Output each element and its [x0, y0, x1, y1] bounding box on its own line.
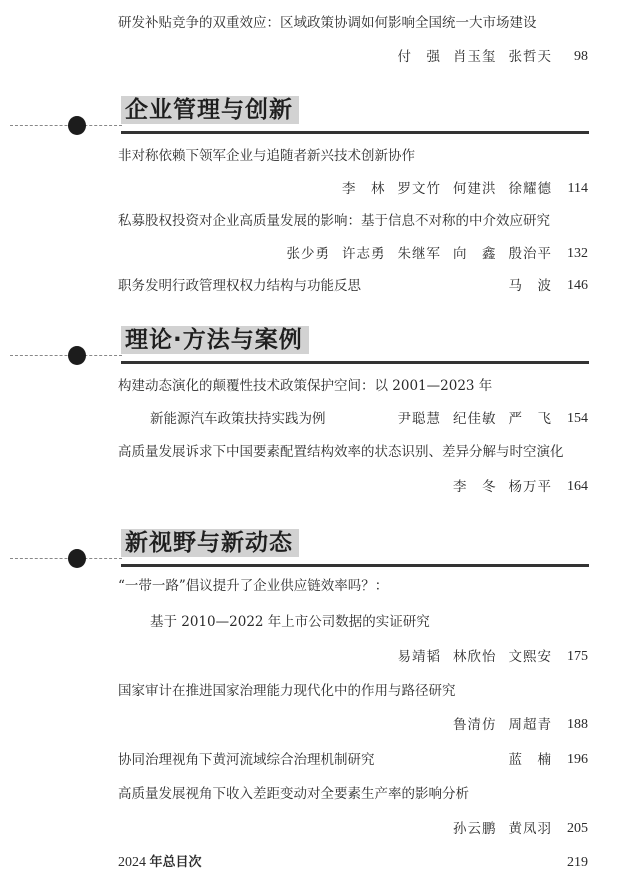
section-header-enterprise-management: 企业管理与创新	[0, 96, 642, 144]
bullet-dot-icon	[68, 346, 86, 365]
page-number: 98	[552, 46, 588, 68]
toc-entry-title: 研发补贴竞争的双重效应：区域政策协调如何影响全国统一大市场建设	[0, 12, 642, 34]
annual-index-label: 2024 年总目次	[118, 852, 202, 874]
entry-authors: 李 林罗文竹何建洪徐耀德	[342, 178, 552, 200]
section-title: 理论·方法与案例	[121, 326, 309, 354]
section-rule	[121, 361, 589, 364]
toc-entry-leader[interactable]: 易靖韬林欣怡文熙安 175	[0, 646, 642, 668]
toc-entry-title: 国家审计在推进国家治理能力现代化中的作用与路径研究	[0, 680, 642, 702]
toc-entry-title: 高质量发展诉求下中国要素配置结构效率的状态识别、差异分解与时空演化	[0, 441, 642, 463]
entry-title: 构建动态演化的颠覆性技术政策保护空间：以 2001—2023 年	[118, 375, 492, 397]
toc-entry-leader[interactable]: 李 冬杨万平 164	[0, 476, 642, 498]
page-number: 188	[552, 714, 588, 736]
entry-authors: 蓝 楠	[509, 749, 553, 771]
entry-title: 高质量发展诉求下中国要素配置结构效率的状态识别、差异分解与时空演化	[118, 441, 564, 463]
entry-authors: 李 冬杨万平	[453, 476, 552, 498]
entry-title: 国家审计在推进国家治理能力现代化中的作用与路径研究	[118, 680, 456, 702]
dot-leader	[153, 818, 450, 840]
toc-entry-leader[interactable]: 李 林罗文竹何建洪徐耀德 114	[0, 178, 642, 200]
toc-entry-leader[interactable]: 付 强肖玉玺张哲天 98	[0, 46, 642, 68]
dot-leader	[329, 408, 395, 430]
toc-entry-title: “一带一路”倡议提升了企业供应链效率吗？：	[0, 575, 642, 597]
toc-entry-title: 构建动态演化的颠覆性技术政策保护空间：以 2001—2023 年	[0, 375, 642, 397]
toc-entry-leader[interactable]: 新能源汽车政策扶持实践为例 尹聪慧纪佳敏严 飞 154	[0, 408, 642, 430]
dot-leader	[153, 714, 450, 736]
toc-entry-leader[interactable]: 孙云鹏黄凤羽 205	[0, 818, 642, 840]
toc-entry[interactable]: 协同治理视角下黄河流域综合治理机制研究 蓝 楠 196	[0, 749, 642, 771]
entry-title: 私募股权投资对企业高质量发展的影响：基于信息不对称的中介效应研究	[118, 210, 550, 232]
page-number: 164	[552, 476, 588, 498]
page-number: 132	[552, 243, 588, 265]
section-header-theory-methods-cases: 理论·方法与案例	[0, 326, 642, 374]
entry-authors: 尹聪慧纪佳敏严 飞	[398, 408, 553, 430]
page-number: 219	[552, 852, 588, 874]
bullet-dot-icon	[68, 116, 86, 135]
page-number: 205	[552, 818, 588, 840]
entry-authors: 鲁清仿周超青	[453, 714, 552, 736]
entry-subtitle: 基于 2010—2022 年上市公司数据的实证研究	[150, 611, 430, 633]
toc-entry-title: 私募股权投资对企业高质量发展的影响：基于信息不对称的中介效应研究	[0, 210, 642, 232]
toc-annual-index[interactable]: 2024 年总目次 219	[0, 852, 642, 874]
bullet-dot-icon	[68, 549, 86, 568]
toc-entry-leader[interactable]: 鲁清仿周超青 188	[0, 714, 642, 736]
entry-title: 高质量发展视角下收入差距变动对全要素生产率的影响分析	[118, 783, 469, 805]
section-title: 新视野与新动态	[121, 529, 299, 557]
page-number: 154	[552, 408, 588, 430]
dot-leader	[153, 646, 395, 668]
toc-entry-leader[interactable]: 张少勇许志勇朱继军向 鑫殷治平 132	[0, 243, 642, 265]
dot-leader	[364, 275, 506, 297]
dot-leader	[205, 852, 549, 874]
toc-entry-title: 非对称依赖下领军企业与追随者新兴技术创新协作	[0, 145, 642, 167]
dashed-line	[10, 355, 122, 356]
toc-entry-subtitle: 基于 2010—2022 年上市公司数据的实证研究	[0, 611, 642, 633]
dot-leader	[153, 243, 284, 265]
dot-leader	[153, 476, 450, 498]
entry-title: 研发补贴竞争的双重效应：区域政策协调如何影响全国统一大市场建设	[118, 12, 537, 34]
entry-title: “一带一路”倡议提升了企业供应链效率吗？：	[118, 575, 388, 597]
page-number: 175	[552, 646, 588, 668]
dot-leader	[153, 178, 339, 200]
section-header-new-horizons: 新视野与新动态	[0, 529, 642, 577]
section-rule	[121, 131, 589, 134]
dot-leader	[153, 46, 395, 68]
section-title: 企业管理与创新	[121, 96, 299, 124]
page-number: 114	[552, 178, 588, 200]
toc-entry-title: 高质量发展视角下收入差距变动对全要素生产率的影响分析	[0, 783, 642, 805]
entry-authors: 张少勇许志勇朱继军向 鑫殷治平	[287, 243, 553, 265]
entry-authors: 孙云鹏黄凤羽	[453, 818, 552, 840]
dashed-line	[10, 558, 122, 559]
entry-authors: 付 强肖玉玺张哲天	[398, 46, 553, 68]
entry-authors: 马 波	[509, 275, 553, 297]
page-number: 196	[552, 749, 588, 771]
dot-leader	[378, 749, 506, 771]
entry-title: 协同治理视角下黄河流域综合治理机制研究	[118, 749, 375, 771]
section-rule	[121, 564, 589, 567]
entry-authors: 易靖韬林欣怡文熙安	[398, 646, 553, 668]
entry-title: 职务发明行政管理权权力结构与功能反思	[118, 275, 361, 297]
toc-entry[interactable]: 职务发明行政管理权权力结构与功能反思 马 波 146	[0, 275, 642, 297]
entry-title: 非对称依赖下领军企业与追随者新兴技术创新协作	[118, 145, 415, 167]
page-number: 146	[552, 275, 588, 297]
dashed-line	[10, 125, 122, 126]
entry-subtitle: 新能源汽车政策扶持实践为例	[150, 408, 326, 430]
